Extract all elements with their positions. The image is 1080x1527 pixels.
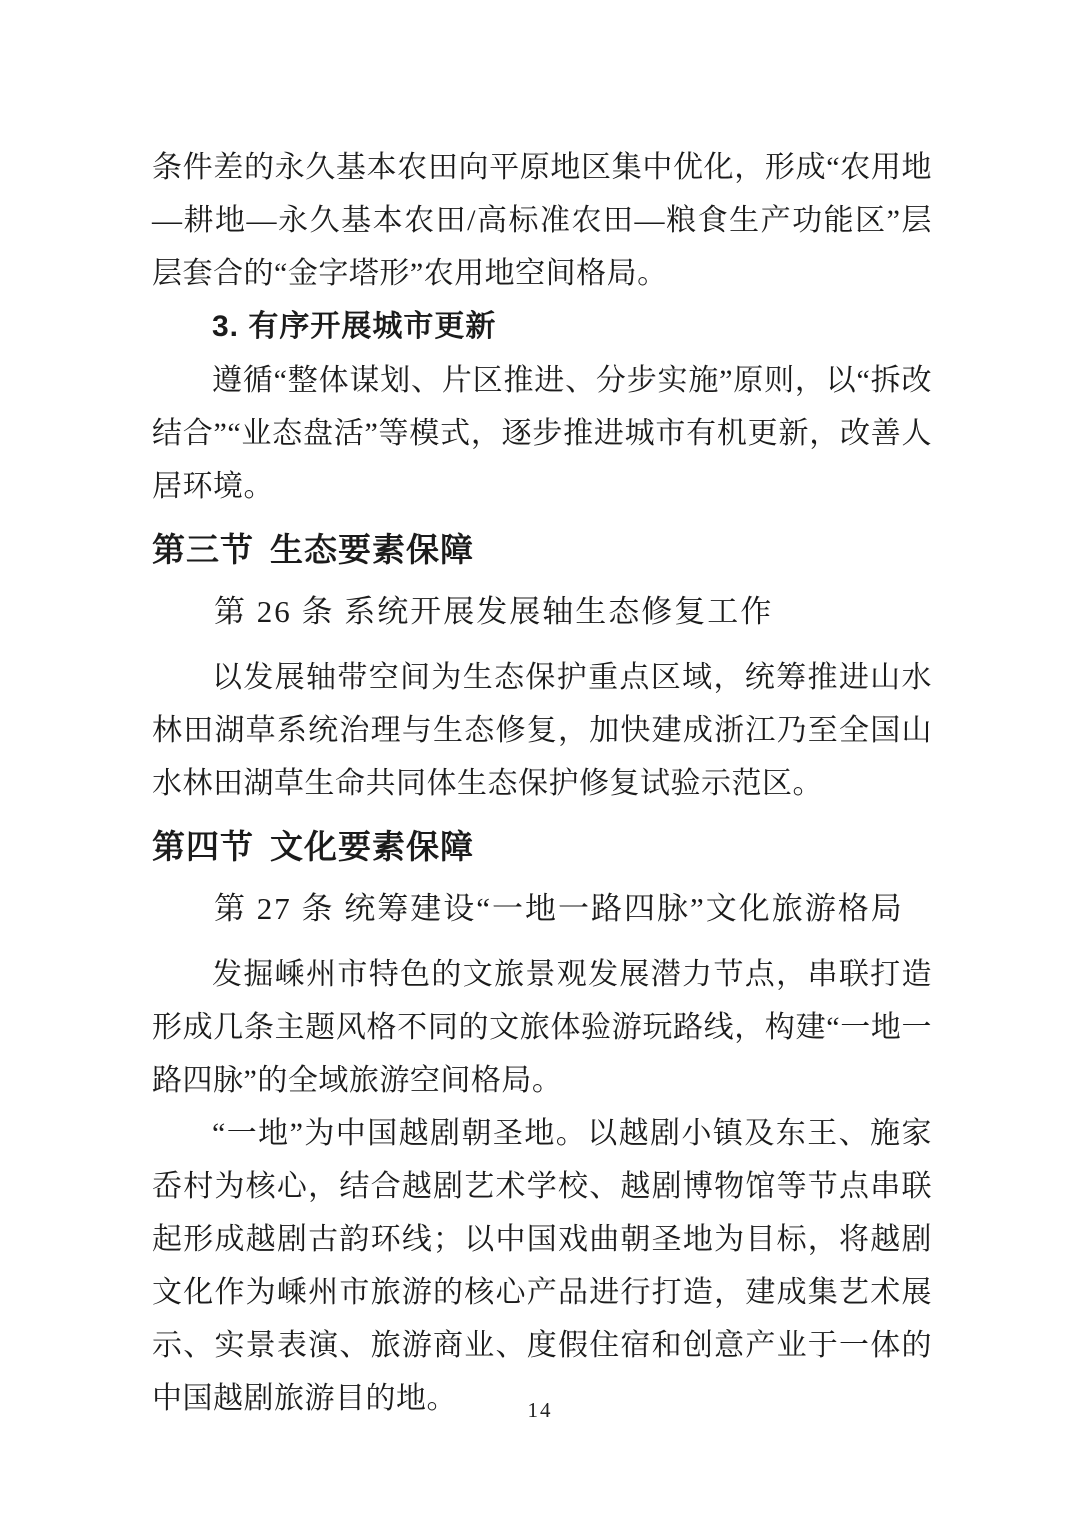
- section-heading: 第三节生态要素保障: [152, 520, 932, 580]
- page-footer: 14: [0, 1398, 1080, 1423]
- paragraph: 以发展轴带空间为生态保护重点区域，统筹推进山水林田湖草系统治理与生态修复，加快建…: [152, 651, 932, 810]
- section-heading: 第四节文化要素保障: [152, 817, 932, 877]
- paragraph: 遵循“整体谋划、片区推进、分步实施”原则，以“拆改结合”“业态盘活”等模式，逐步…: [152, 354, 932, 513]
- paragraph: 条件差的永久基本农田向平原地区集中优化，形成“农用地—耕地—永久基本农田/高标准…: [152, 141, 932, 300]
- section-number: 第三节: [152, 531, 254, 568]
- numbered-heading: 3. 有序开展城市更新: [152, 300, 932, 354]
- section-title: 文化要素保障: [270, 828, 474, 865]
- section-number: 第四节: [152, 828, 254, 865]
- document-body: 条件差的永久基本农田向平原地区集中优化，形成“农用地—耕地—永久基本农田/高标准…: [152, 141, 932, 1425]
- article-heading: 第 27 条 统筹建设“一地一路四脉”文化旅游格局: [152, 880, 932, 938]
- section-title: 生态要素保障: [270, 531, 474, 568]
- paragraph: “一地”为中国越剧朝圣地。以越剧小镇及东王、施家岙村为核心，结合越剧艺术学校、越…: [152, 1107, 932, 1425]
- paragraph: 发掘嵊州市特色的文旅景观发展潜力节点，串联打造形成几条主题风格不同的文旅体验游玩…: [152, 948, 932, 1107]
- article-heading: 第 26 条 系统开展发展轴生态修复工作: [152, 583, 932, 641]
- page-number: 14: [528, 1398, 553, 1422]
- document-page: 条件差的永久基本农田向平原地区集中优化，形成“农用地—耕地—永久基本农田/高标准…: [0, 0, 1080, 1527]
